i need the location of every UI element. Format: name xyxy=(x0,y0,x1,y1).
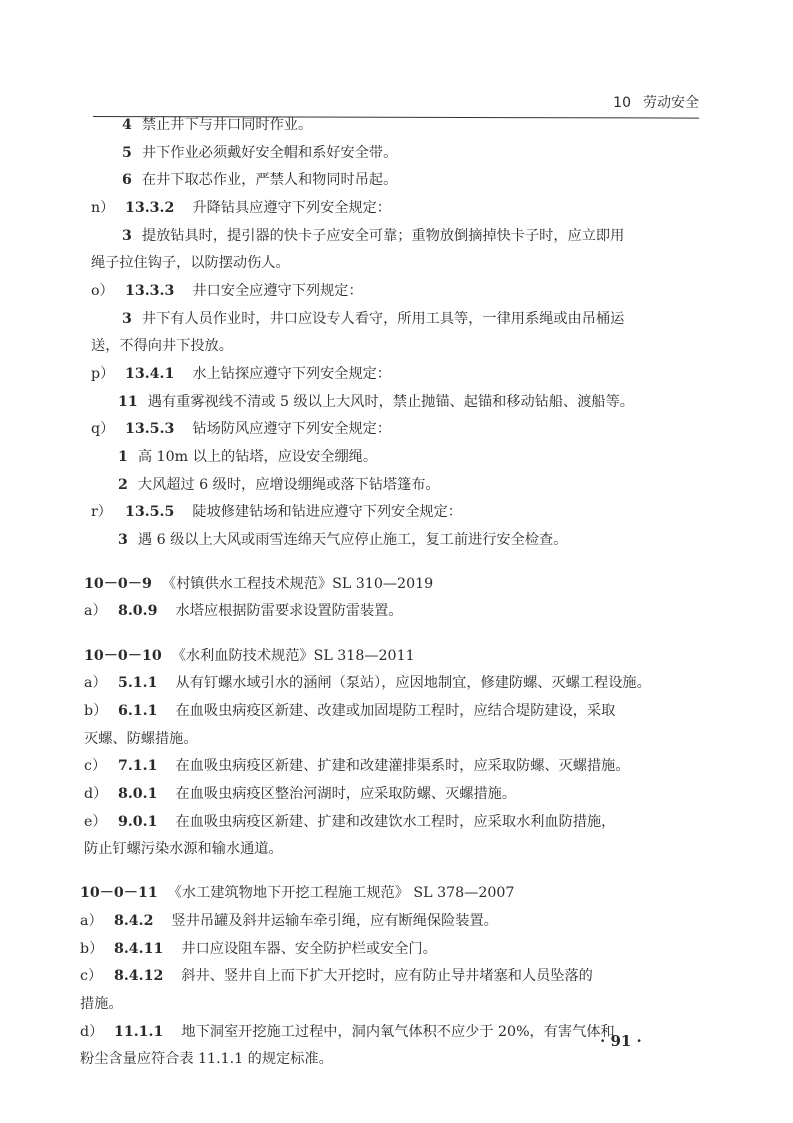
text-line: c）8.4.12斜井、竖井自上而下扩大开挖时，应有防止导井堵塞和人员坠落的 xyxy=(80,967,593,985)
text-line: o）13.3.3井口安全应遵守下列规定： xyxy=(91,282,363,300)
text-line: p）13.4.1水上钻探应遵守下列安全规定： xyxy=(91,365,391,383)
item-label: b） xyxy=(84,702,118,720)
text-line: q）13.5.3钻场防风应遵守下列安全规定： xyxy=(91,420,391,438)
clause-number: 10－0－10 xyxy=(84,648,162,664)
clause-text: 禁止井下与井口同时作业。 xyxy=(142,117,312,133)
clause-number: 6 xyxy=(122,172,132,188)
clause-text: 从有钉螺水域引水的涵闸（泵站），应因地制宜，修建防螺、灭螺工程设施。 xyxy=(176,675,651,691)
clause-text: 地下洞室开挖施工过程中，洞内氧气体积不应少于 20%，有害气体和 xyxy=(181,1024,614,1040)
text-line: a）8.0.9水塔应根据防雷要求设置防雷装置。 xyxy=(84,602,403,620)
text-line: 10－0－11《水工建筑物地下开挖工程施工规范》 SL 378—2007 xyxy=(80,884,514,902)
text-line: r）13.5.5陡坡修建钻场和钻进应遵守下列安全规定： xyxy=(91,503,462,521)
clause-number: 10－0－11 xyxy=(80,885,158,901)
clause-number: 8.0.1 xyxy=(118,786,158,802)
clause-text: 斜井、竖井自上而下扩大开挖时，应有防止导井堵塞和人员坠落的 xyxy=(181,968,592,984)
clause-number: 13.3.3 xyxy=(125,283,174,299)
running-header: 10劳动安全 xyxy=(93,96,699,116)
text-line: 防止钉螺污染水源和输水通道。 xyxy=(84,840,283,858)
clause-text: 陡坡修建钻场和钻进应遵守下列安全规定： xyxy=(192,504,462,520)
clause-number: 3 xyxy=(122,311,132,327)
item-label: d） xyxy=(80,1023,114,1041)
text-line: 10－0－10《水利血防技术规范》SL 318—2011 xyxy=(84,647,415,665)
clause-text: 井口安全应遵守下列规定： xyxy=(192,283,362,299)
text-line: d）8.0.1在血吸虫病疫区整治河湖时，应采取防螺、灭螺措施。 xyxy=(84,785,516,803)
clause-text: 竖井吊罐及斜井运输车牵引绳，应有断绳保险装置。 xyxy=(172,913,498,929)
item-label: a） xyxy=(80,912,114,930)
clause-text: 遇有重雾视线不清或 5 级以上大风时，禁止抛锚、起锚和移动钻船、渡船等。 xyxy=(148,394,634,410)
item-label: a） xyxy=(84,674,118,692)
item-label: c） xyxy=(80,967,114,985)
text-line: n）13.3.2升降钻具应遵守下列安全规定： xyxy=(91,199,391,217)
text-line: d）11.1.1地下洞室开挖施工过程中，洞内氧气体积不应少于 20%，有害气体和 xyxy=(80,1023,615,1041)
text-line: 3遇 6 级以上大风或雨雪连绵天气应停止施工，复工前进行安全检查。 xyxy=(118,531,567,549)
clause-number: 1 xyxy=(118,449,128,465)
clause-number: 7.1.1 xyxy=(118,758,158,774)
clause-number: 2 xyxy=(118,477,128,493)
text-line: 灭螺、防螺措施。 xyxy=(84,730,198,748)
clause-text: 粉尘含量应符合表 11.1.1 的规定标准。 xyxy=(80,1051,333,1067)
clause-text: 在血吸虫病疫区新建、改建或加固堤防工程时，应结合堤防建设，采取 xyxy=(176,703,616,719)
clause-text: 灭螺、防螺措施。 xyxy=(84,731,198,747)
item-label: c） xyxy=(84,757,118,775)
clause-text: 在血吸虫病疫区整治河湖时，应采取防螺、灭螺措施。 xyxy=(176,786,517,802)
clause-text: 在血吸虫病疫区新建、扩建和改建灌排渠系时，应采取防螺、灭螺措施。 xyxy=(176,758,630,774)
text-line: 1高 10m 以上的钻塔，应设安全绷绳。 xyxy=(118,448,377,466)
text-line: 11遇有重雾视线不清或 5 级以上大风时，禁止抛锚、起锚和移动钻船、渡船等。 xyxy=(118,393,634,411)
chapter-title: 劳动安全 xyxy=(643,95,699,111)
clause-text: 井下有人员作业时，井口应设专人看守，所用工具等，一律用系绳或由吊桶运 xyxy=(142,311,624,327)
clause-number: 5.1.1 xyxy=(118,675,158,691)
clause-number: 13.5.5 xyxy=(125,504,174,520)
clause-number: 3 xyxy=(118,532,128,548)
clause-text: 井口应设阻车器、安全防护栏或安全门。 xyxy=(181,941,436,957)
item-label: p） xyxy=(91,365,125,383)
clause-text: 在血吸虫病疫区新建、扩建和改建饮水工程时，应采取水利血防措施， xyxy=(176,814,616,830)
clause-number: 13.3.2 xyxy=(125,200,174,216)
clause-number: 4 xyxy=(122,117,132,133)
clause-text: 《水利血防技术规范》SL 318—2011 xyxy=(172,648,415,664)
item-label: n） xyxy=(91,199,125,217)
clause-number: 8.4.11 xyxy=(114,941,163,957)
text-line: 3提放钻具时，提引器的快卡子应安全可靠；重物放倒摘掉快卡子时，应立即用 xyxy=(122,227,624,245)
text-line: c）7.1.1在血吸虫病疫区新建、扩建和改建灌排渠系时，应采取防螺、灭螺措施。 xyxy=(84,757,630,775)
text-line: a）8.4.2竖井吊罐及斜井运输车牵引绳，应有断绳保险装置。 xyxy=(80,912,498,930)
text-line: 2大风超过 6 级时，应增设绷绳或落下钻塔篷布。 xyxy=(118,476,440,494)
clause-number: 8.0.9 xyxy=(118,603,158,619)
text-line: b）6.1.1在血吸虫病疫区新建、改建或加固堤防工程时，应结合堤防建设，采取 xyxy=(84,702,615,720)
clause-number: 13.5.3 xyxy=(125,421,174,437)
clause-text: 防止钉螺污染水源和输水通道。 xyxy=(84,841,283,857)
text-line: 送，不得向井下投放。 xyxy=(91,337,233,355)
text-line: a）5.1.1从有钉螺水域引水的涵闸（泵站），应因地制宜，修建防螺、灭螺工程设施… xyxy=(84,674,651,692)
clause-text: 《村镇供水工程技术规范》SL 310—2019 xyxy=(162,576,433,592)
text-line: 绳子拉住钩子，以防摆动伤人。 xyxy=(91,254,290,272)
item-label: q） xyxy=(91,420,125,438)
clause-text: 提放钻具时，提引器的快卡子应安全可靠；重物放倒摘掉快卡子时，应立即用 xyxy=(142,228,624,244)
clause-number: 6.1.1 xyxy=(118,703,158,719)
clause-number: 13.4.1 xyxy=(125,366,174,382)
text-line: e）9.0.1在血吸虫病疫区新建、扩建和改建饮水工程时，应采取水利血防措施， xyxy=(84,813,615,831)
page-number: · 91 · xyxy=(600,1032,642,1050)
item-label: d） xyxy=(84,785,118,803)
clause-number: 9.0.1 xyxy=(118,814,158,830)
clause-text: 升降钻具应遵守下列安全规定： xyxy=(192,200,391,216)
clause-text: 钻场防风应遵守下列安全规定： xyxy=(192,421,391,437)
clause-text: 《水工建筑物地下开挖工程施工规范》 SL 378—2007 xyxy=(168,885,515,901)
clause-text: 绳子拉住钩子，以防摆动伤人。 xyxy=(91,255,290,271)
clause-text: 遇 6 级以上大风或雨雪连绵天气应停止施工，复工前进行安全检查。 xyxy=(138,532,568,548)
clause-number: 8.4.2 xyxy=(114,913,154,929)
clause-number: 11 xyxy=(118,394,138,410)
text-line: 4禁止井下与井口同时作业。 xyxy=(122,116,312,134)
text-line: b）8.4.11井口应设阻车器、安全防护栏或安全门。 xyxy=(80,940,437,958)
text-line: 10－0－9《村镇供水工程技术规范》SL 310—2019 xyxy=(84,575,433,593)
text-line: 3井下有人员作业时，井口应设专人看守，所用工具等，一律用系绳或由吊桶运 xyxy=(122,310,624,328)
text-line: 5井下作业必须戴好安全帽和系好安全带。 xyxy=(122,144,397,162)
item-label: e） xyxy=(84,813,118,831)
item-label: a） xyxy=(84,602,118,620)
clause-text: 水上钻探应遵守下列安全规定： xyxy=(192,366,391,382)
clause-text: 措施。 xyxy=(80,996,123,1012)
chapter-number: 10 xyxy=(613,95,631,111)
item-label: o） xyxy=(91,282,125,300)
clause-text: 在井下取芯作业，严禁人和物同时吊起。 xyxy=(142,172,397,188)
clause-text: 水塔应根据防雷要求设置防雷装置。 xyxy=(176,603,403,619)
clause-number: 5 xyxy=(122,145,132,161)
clause-text: 高 10m 以上的钻塔，应设安全绷绳。 xyxy=(138,449,377,465)
item-label: r） xyxy=(91,503,125,521)
clause-text: 井下作业必须戴好安全帽和系好安全带。 xyxy=(142,145,397,161)
text-line: 粉尘含量应符合表 11.1.1 的规定标准。 xyxy=(80,1050,333,1068)
text-line: 措施。 xyxy=(80,995,123,1013)
clause-text: 大风超过 6 级时，应增设绷绳或落下钻塔篷布。 xyxy=(138,477,440,493)
clause-text: 送，不得向井下投放。 xyxy=(91,338,233,354)
text-line: 6在井下取芯作业，严禁人和物同时吊起。 xyxy=(122,171,397,189)
clause-number: 3 xyxy=(122,228,132,244)
clause-number: 10－0－9 xyxy=(84,576,152,592)
chapter-heading: 10劳动安全 xyxy=(613,92,699,112)
clause-number: 8.4.12 xyxy=(114,968,163,984)
clause-number: 11.1.1 xyxy=(114,1024,163,1040)
item-label: b） xyxy=(80,940,114,958)
